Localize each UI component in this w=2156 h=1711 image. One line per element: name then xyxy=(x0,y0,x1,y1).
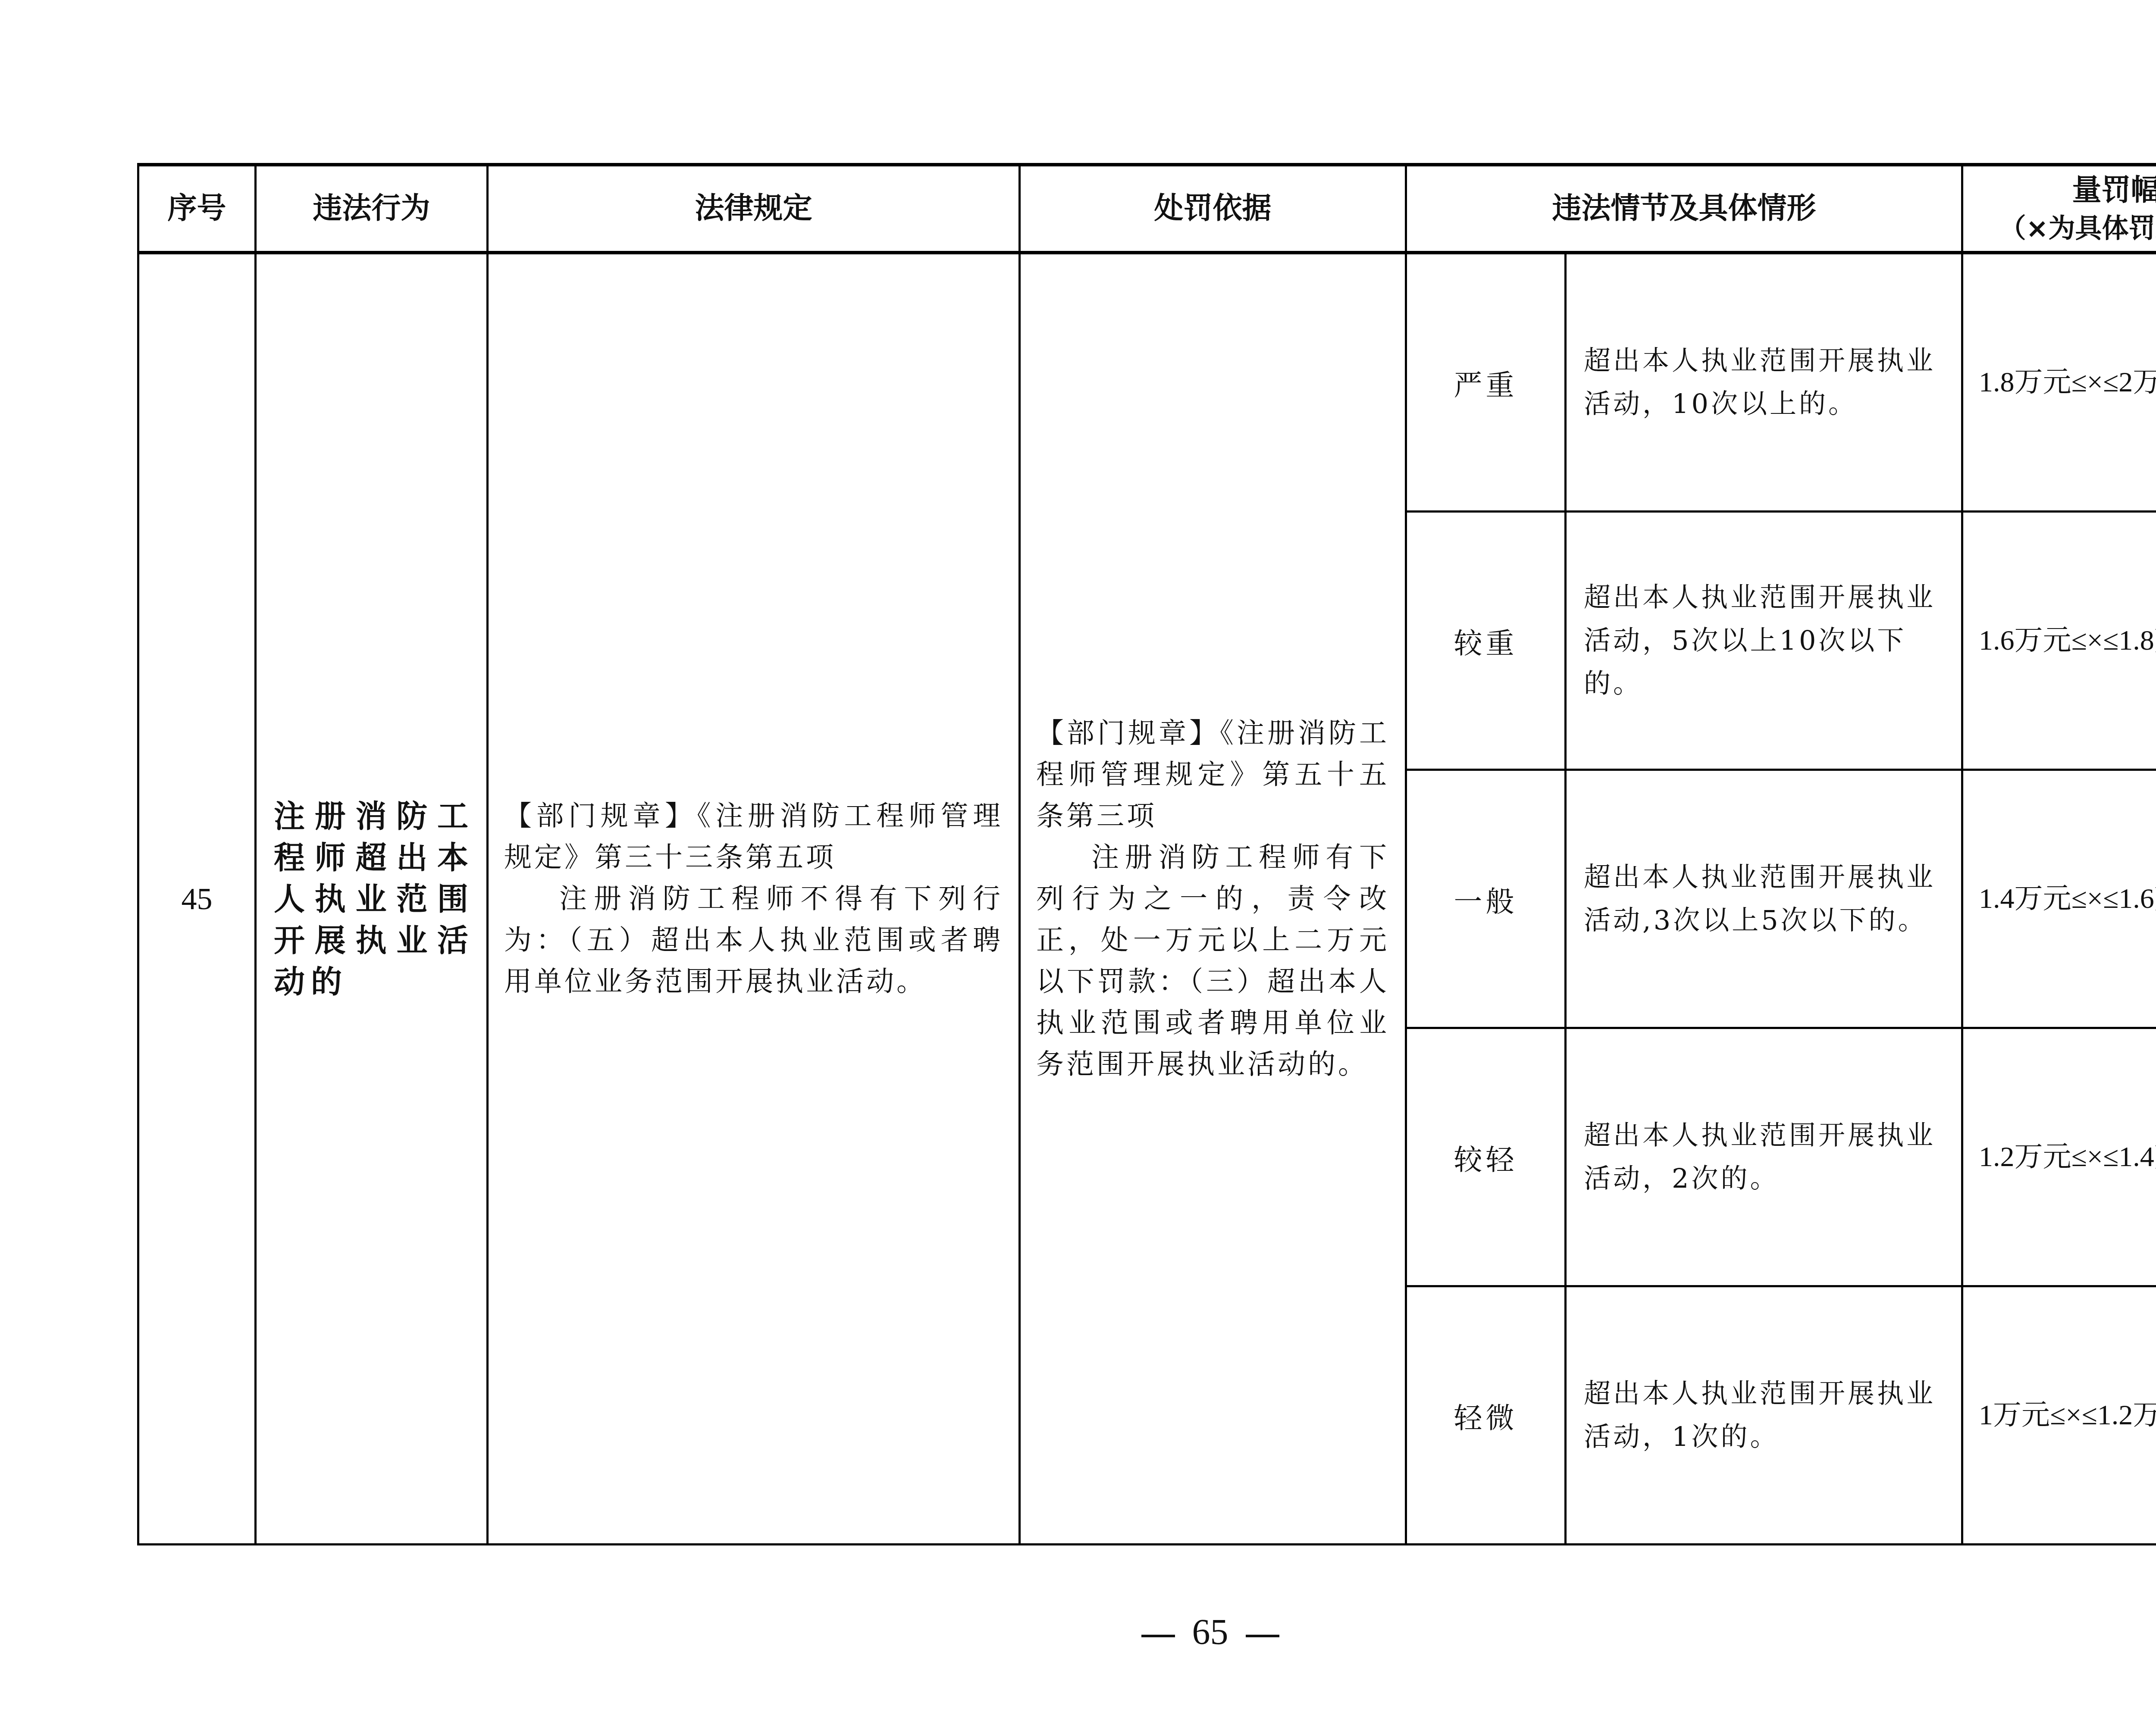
row-seq: 45 xyxy=(138,253,256,1545)
left-dash-decoration xyxy=(1141,1635,1175,1637)
row-violation: 注册消防工程师超出本人执业范围开展执业活动的 xyxy=(256,253,488,1545)
level-general: 一般 xyxy=(1406,770,1566,1028)
page-number-footer: 65 xyxy=(0,1611,2156,1653)
row-law: 【部门规章】《注册消防工程师管理规定》第三十三条第五项 注册消防工程师不得有下列… xyxy=(488,253,1020,1545)
law-text: 注册消防工程师不得有下列行为：（五）超出本人执业范围或者聘用单位业务范围开展执业… xyxy=(504,878,1003,1002)
situation-relatively-severe: 超出本人执业范围开展执业活动，5次以上10次以下的。 xyxy=(1566,512,1962,770)
level-relatively-severe: 较重 xyxy=(1406,512,1566,770)
situation-severe: 超出本人执业范围开展执业活动，10次以上的。 xyxy=(1566,253,1962,512)
row-basis: 【部门规章】《注册消防工程师管理规定》第五十五条第三项 注册消防工程师有下列行为… xyxy=(1020,253,1406,1545)
law-source: 【部门规章】《注册消防工程师管理规定》第三十三条第五项 xyxy=(504,795,1003,878)
situation-minor: 超出本人执业范围开展执业活动，1次的。 xyxy=(1566,1286,1962,1545)
amount-minor: 1万元≤×≤1.2万元 xyxy=(1962,1286,2156,1545)
amount-severe: 1.8万元≤×≤2万元 xyxy=(1962,253,2156,512)
situation-general: 超出本人执业范围开展执业活动,3次以上5次以下的。 xyxy=(1566,770,1962,1028)
header-law: 法律规定 xyxy=(488,165,1020,253)
header-violation: 违法行为 xyxy=(256,165,488,253)
level-severe: 严重 xyxy=(1406,253,1566,512)
basis-text: 注册消防工程师有下列行为之一的，责令改正，处一万元以上二万元以下罚款：（三）超出… xyxy=(1036,837,1389,1085)
header-seq: 序号 xyxy=(138,165,256,253)
amount-relatively-minor: 1.2万元≤×≤1.4万元 xyxy=(1962,1028,2156,1286)
document-page: 序号 违法行为 法律规定 处罚依据 违法情节及具体情形 量罚幅度 （×为具体罚款… xyxy=(0,0,2156,1711)
level-minor: 轻微 xyxy=(1406,1286,1566,1545)
table-row: 45 注册消防工程师超出本人执业范围开展执业活动的 【部门规章】《注册消防工程师… xyxy=(138,253,2156,512)
situation-relatively-minor: 超出本人执业范围开展执业活动，2次的。 xyxy=(1566,1028,1962,1286)
amount-relatively-severe: 1.6万元≤×≤1.8万元 xyxy=(1962,512,2156,770)
basis-source: 【部门规章】《注册消防工程师管理规定》第五十五条第三项 xyxy=(1036,713,1389,837)
right-dash-decoration xyxy=(1246,1635,1279,1637)
level-relatively-minor: 较轻 xyxy=(1406,1028,1566,1286)
header-circumstances: 违法情节及具体情形 xyxy=(1406,165,1962,253)
page-number: 65 xyxy=(1192,1612,1228,1652)
header-basis: 处罚依据 xyxy=(1020,165,1406,253)
header-range-note: （×为具体罚款金额） xyxy=(1963,210,2156,247)
header-range-title: 量罚幅度 xyxy=(1963,171,2156,210)
amount-general: 1.4万元≤×≤1.6万元 xyxy=(1962,770,2156,1028)
header-penalty-range: 量罚幅度 （×为具体罚款金额） xyxy=(1962,165,2156,253)
penalty-table: 序号 违法行为 法律规定 处罚依据 违法情节及具体情形 量罚幅度 （×为具体罚款… xyxy=(137,163,2156,1545)
table-header-row: 序号 违法行为 法律规定 处罚依据 违法情节及具体情形 量罚幅度 （×为具体罚款… xyxy=(138,165,2156,253)
